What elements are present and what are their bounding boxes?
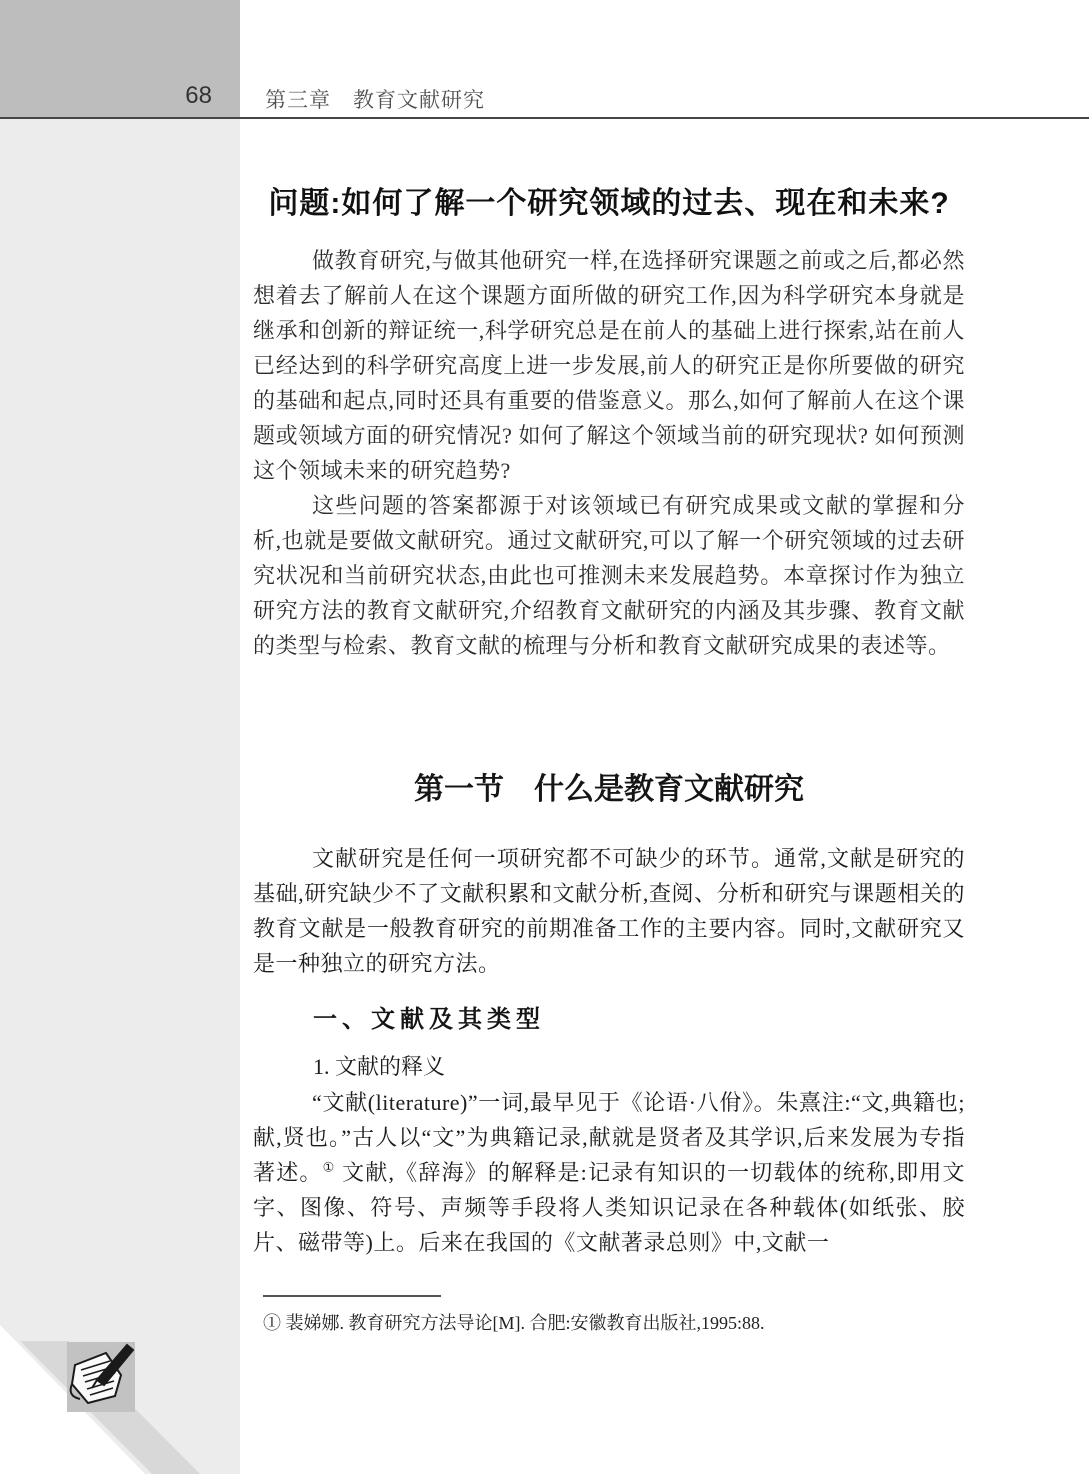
subsection-title: 一、文献及其类型	[313, 999, 545, 1034]
intro-paragraph-2: 这些问题的答案都源于对该领域已有研究成果或文献的掌握和分析,也就是要做文献研究。…	[253, 488, 965, 663]
sidebar-column	[0, 119, 240, 1474]
section-title: 第一节 什么是教育文献研究	[253, 764, 965, 808]
page-corner-decoration	[0, 1280, 240, 1474]
definition-paragraph-post: 文献,《辞海》的解释是:记录有知识的一切载体的统称,即用文字、图像、符号、声频等…	[253, 1160, 965, 1255]
footnote-reference: ①	[323, 1160, 336, 1175]
book-page: 68 第三章 教育文献研究 问题:如何了解一个研究领域的过去、现在和未来? 做教…	[0, 0, 1089, 1474]
item-title: 1. 文献的释义	[313, 1050, 445, 1081]
footnote-rule	[263, 1295, 441, 1297]
footnote-text: ① 裴娣娜. 教育研究方法导论[M]. 合肥:安徽教育出版社,1995:88.	[263, 1310, 963, 1336]
header-band: 68	[0, 0, 240, 118]
page-number: 68	[185, 82, 212, 110]
question-title: 问题:如何了解一个研究领域的过去、现在和未来?	[253, 178, 965, 222]
definition-paragraph: “文献(literature)”一词,最早见于《论语·八佾》。朱熹注:“文,典籍…	[253, 1085, 965, 1260]
intro-paragraph-1: 做教育研究,与做其他研究一样,在选择研究课题之前或之后,都必然想着去了解前人在这…	[253, 243, 965, 488]
section-intro-paragraph: 文献研究是任何一项研究都不可缺少的环节。通常,文献是研究的基础,研究缺少不了文献…	[253, 841, 965, 981]
header-rule	[0, 117, 1089, 119]
chapter-header: 第三章 教育文献研究	[265, 84, 485, 114]
